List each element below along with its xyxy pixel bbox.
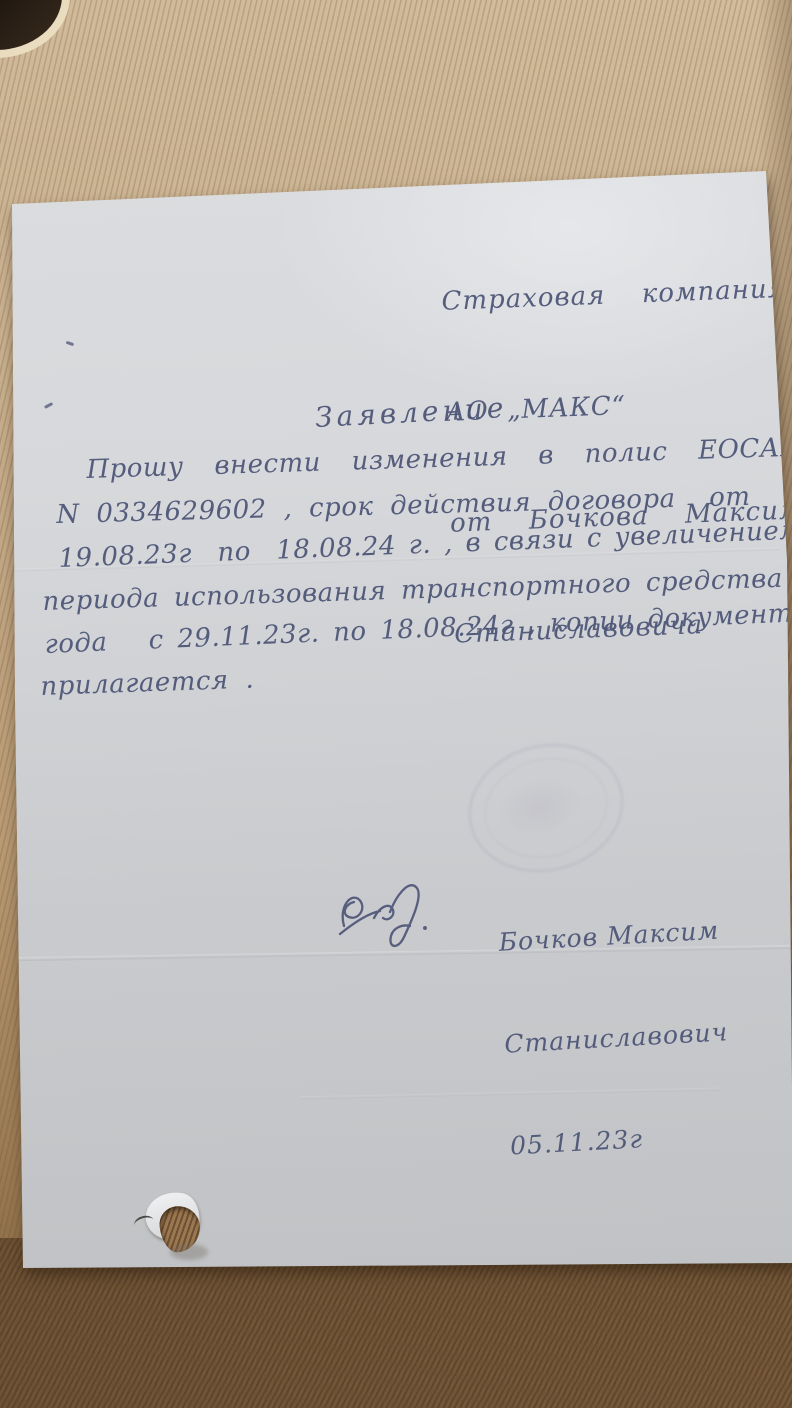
recipient-line: Страховая компания <box>441 270 792 321</box>
ink-mark <box>44 402 53 408</box>
torn-hole <box>136 1192 220 1266</box>
signature-date: 05.11.23г <box>509 1117 734 1163</box>
body-line: прилагается . <box>40 665 255 702</box>
tear-shadow <box>170 1244 208 1260</box>
signature-text-block: Бочков Максим Станиславович 05.11.23г <box>494 845 738 1231</box>
photo-scene: Страховая компания АО „МАКС“ от Бочкова … <box>0 0 792 1408</box>
signature-scribble <box>330 860 445 952</box>
paper-sheet: Страховая компания АО „МАКС“ от Бочкова … <box>0 0 792 1408</box>
paper-shadow: Страховая компания АО „МАКС“ от Бочкова … <box>0 0 792 1408</box>
ink-mark <box>66 341 74 346</box>
signature-name: Бочков Максим <box>498 913 723 959</box>
signature-patronymic: Станиславович <box>503 1015 728 1061</box>
